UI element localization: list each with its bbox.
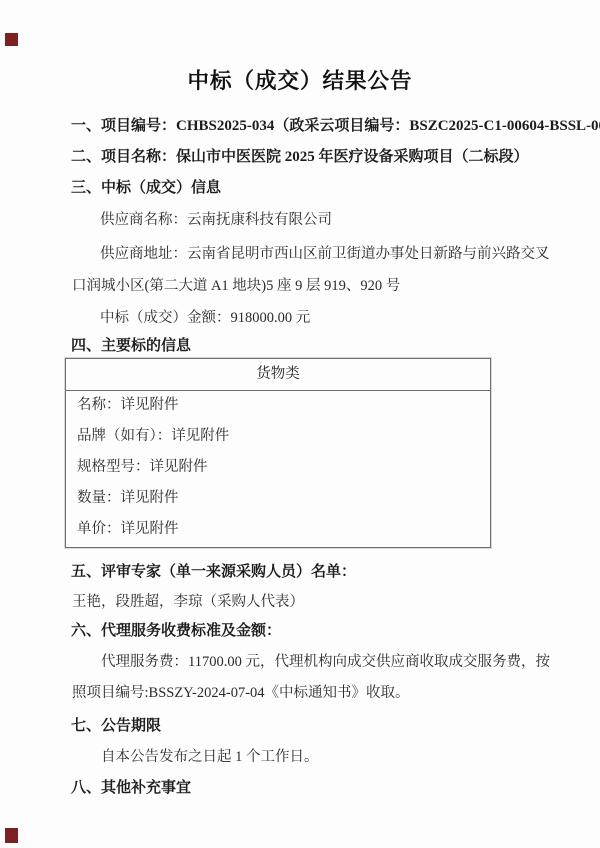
goods-table-row-spec: 规格型号：详见附件 [77, 458, 208, 477]
goods-table: 货物类 名称：详见附件 品牌（如有）：详见附件 规格型号：详见附件 数量：详见附… [65, 358, 491, 548]
notice-period-body: 自本公告发布之日起 1 个工作日。 [101, 748, 319, 767]
agency-fee-line-2: 照项目编号:BSSZY-2024-07-04《中标通知书》收取。 [72, 684, 410, 703]
goods-table-row-price: 单价：详见附件 [77, 520, 179, 539]
section-5-experts-heading: 五、评审专家（单一来源采购人员）名单： [71, 563, 356, 582]
experts-names: 王艳，段胜超，李琼（采购人代表） [72, 593, 304, 612]
goods-table-header: 货物类 [66, 359, 490, 391]
scan-red-mark-bottom [5, 828, 18, 843]
section-6-agency-fee-heading: 六、代理服务收费标准及金额： [71, 622, 281, 641]
goods-table-row-qty: 数量：详见附件 [77, 489, 179, 508]
section-4-subject-info-heading: 四、主要标的信息 [71, 337, 191, 356]
agency-fee-line-1: 代理服务费：11700.00 元，代理机构向成交供应商收取成交服务费，按 [101, 653, 550, 672]
section-7-notice-period-heading: 七、公告期限 [71, 717, 161, 736]
section-1-project-number: 一、项目编号：CHBS2025-034（政采云项目编号：BSZC2025-C1-… [71, 117, 600, 136]
section-2-project-name: 二、项目名称：保山市中医医院 2025 年医疗设备采购项目（二标段） [71, 148, 529, 167]
scan-red-mark-top [5, 33, 18, 46]
award-amount: 中标（成交）金额：918000.00 元 [100, 309, 310, 328]
supplier-address-line-1: 供应商地址：云南省昆明市西山区前卫街道办事处日新路与前兴路交叉 [100, 245, 550, 264]
document-title: 中标（成交）结果公告 [0, 64, 600, 95]
goods-table-row-brand: 品牌（如有）：详见附件 [77, 427, 229, 446]
section-3-award-info-heading: 三、中标（成交）信息 [71, 179, 221, 198]
scanned-document-page: 中标（成交）结果公告 一、项目编号：CHBS2025-034（政采云项目编号：B… [0, 0, 600, 848]
supplier-name: 供应商名称：云南抚康科技有限公司 [100, 211, 332, 230]
supplier-address-line-2: 口润城小区(第二大道 A1 地块)5 座 9 层 919、920 号 [72, 277, 400, 296]
goods-table-row-name: 名称：详见附件 [77, 396, 179, 415]
section-8-other-matters-heading: 八、其他补充事宜 [71, 779, 191, 798]
